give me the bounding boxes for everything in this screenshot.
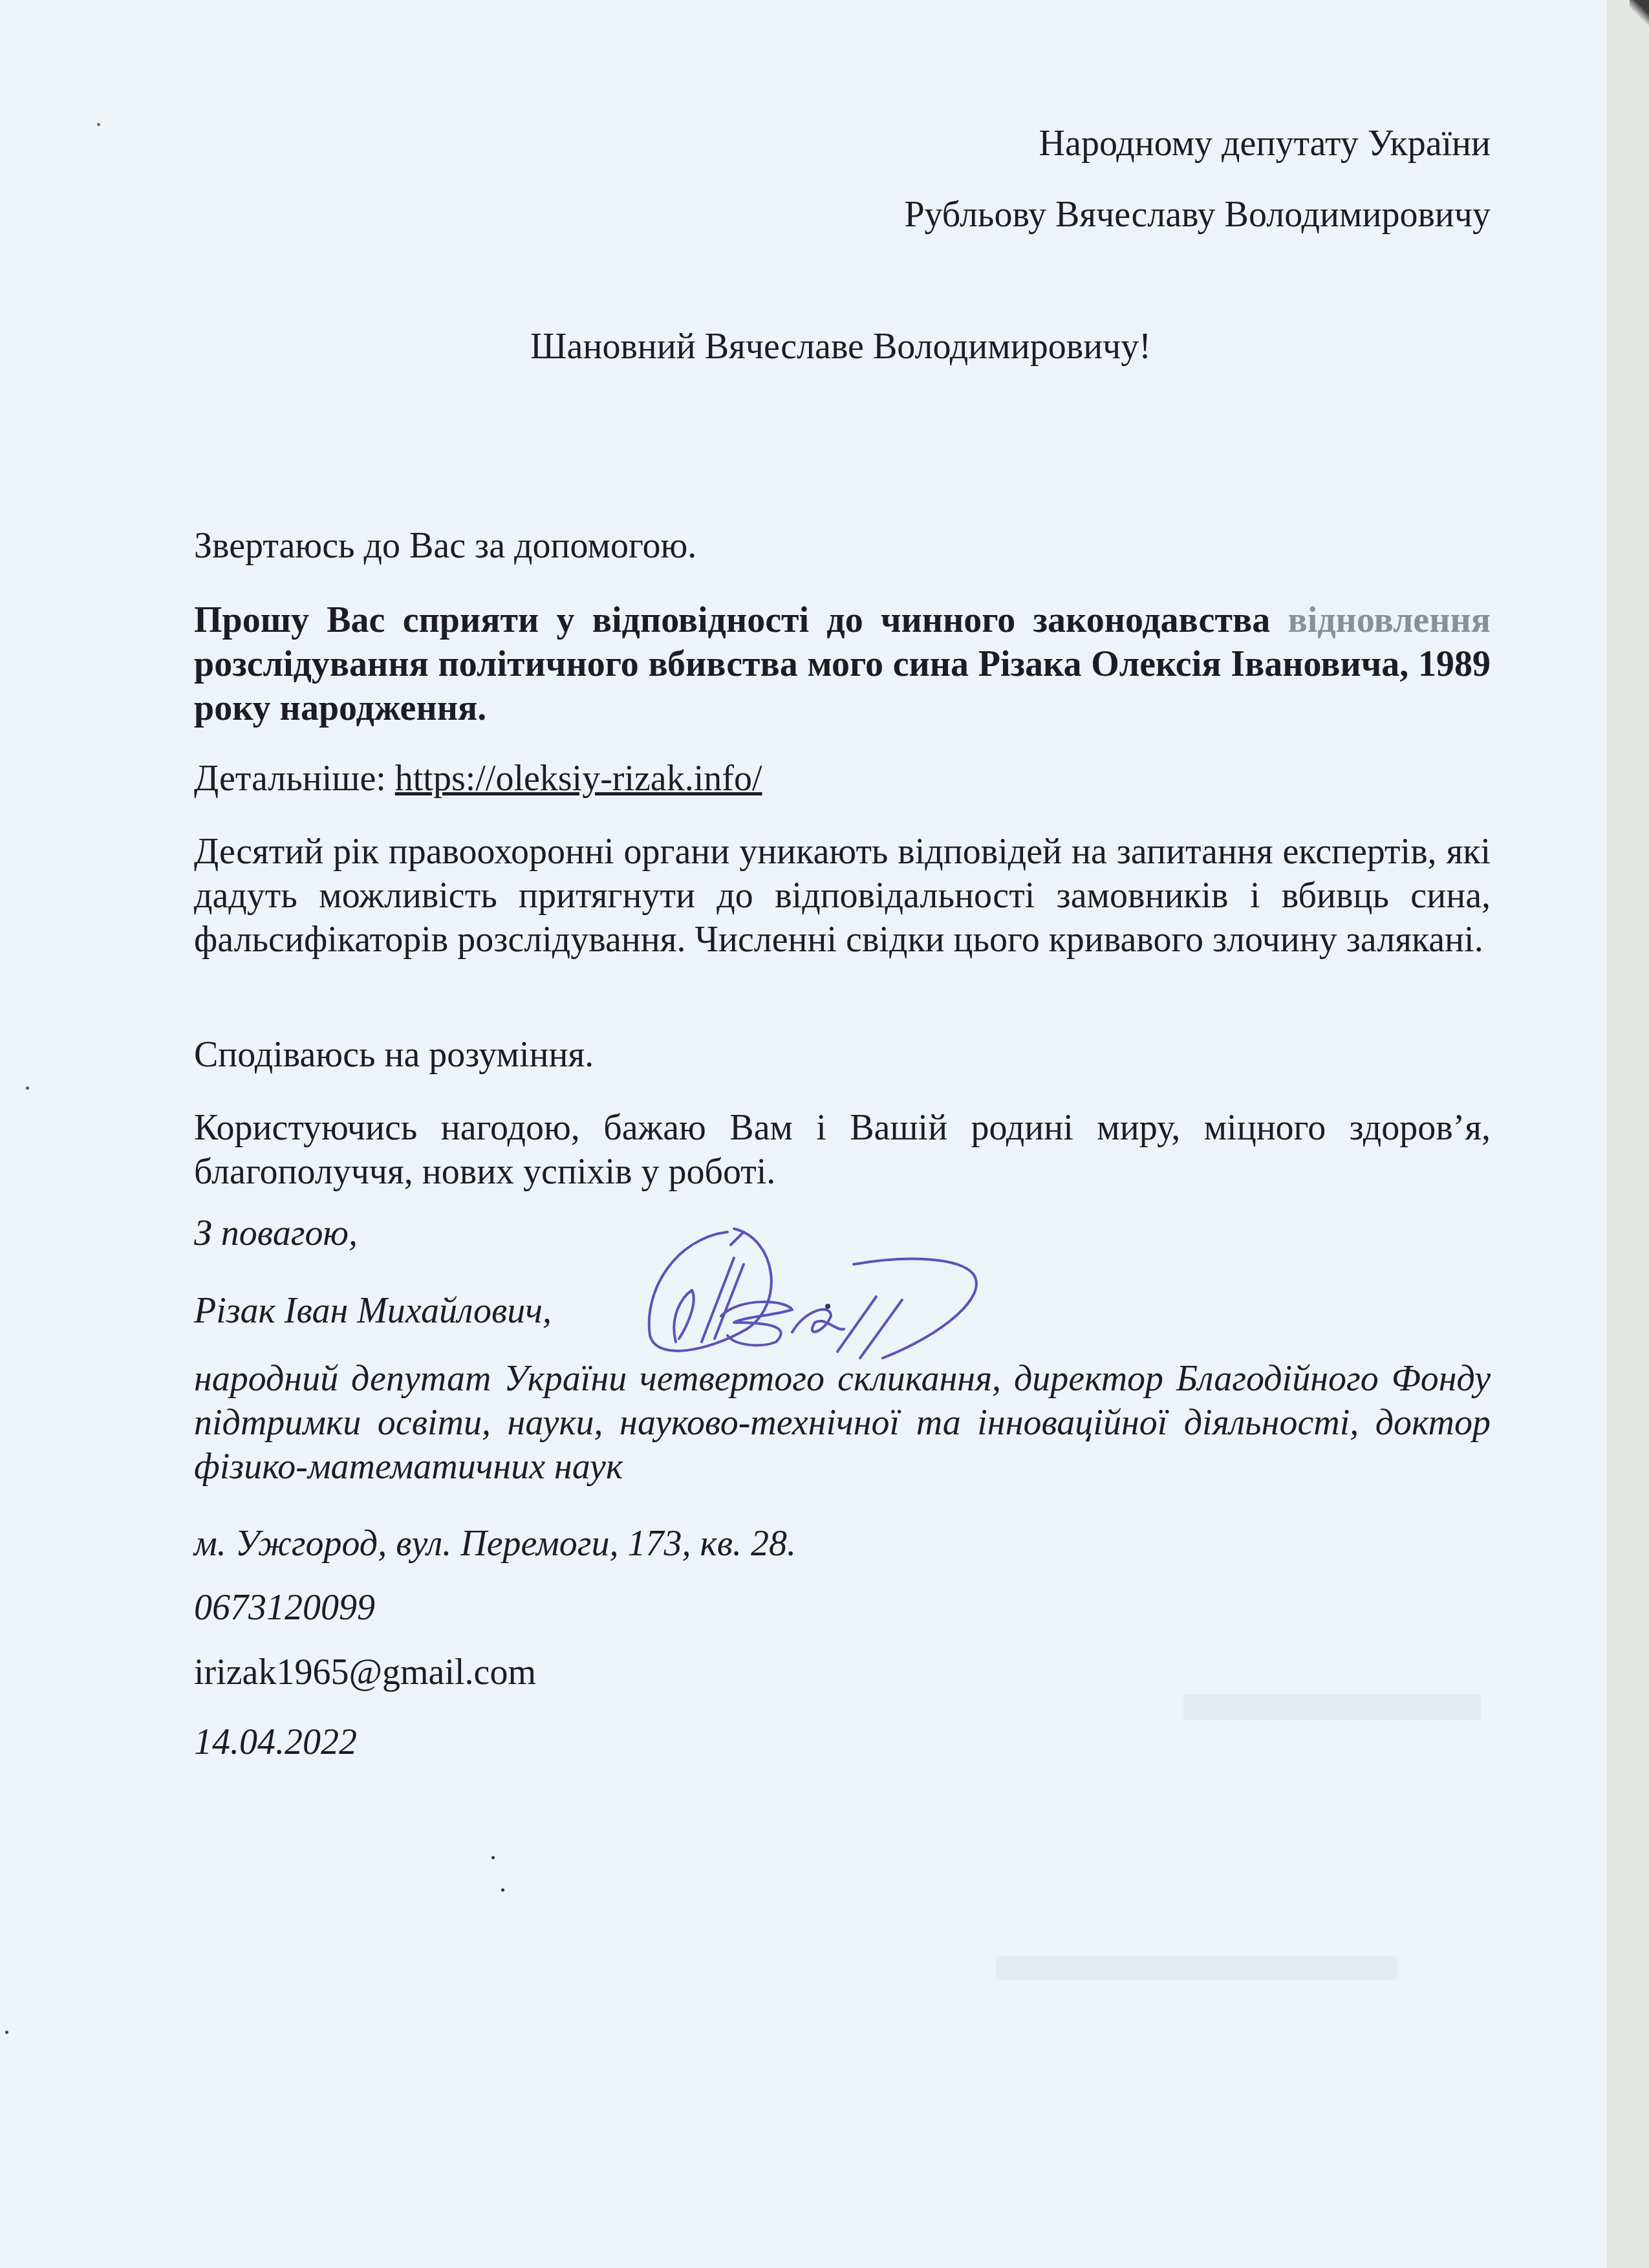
scan-speck <box>491 1856 495 1859</box>
request-text-faded: відновлення <box>1288 600 1491 640</box>
details-link[interactable]: https://oleksiy-rizak.info/ <box>395 759 762 799</box>
paragraph-hope: Сподіваюсь на розуміння. <box>194 1033 1491 1077</box>
request-text: Прошу Вас сприяти у відповідності до чин… <box>194 600 1270 640</box>
salutation: Шановний Вячеславе Володимировичу! <box>0 325 1649 369</box>
paragraph-investigation: Десятий рік правоохоронні органи уникают… <box>194 830 1491 962</box>
scan-edge-shadow <box>1630 0 1649 26</box>
paragraph-main-request: Прошу Вас сприяти у відповідності до чин… <box>194 598 1491 730</box>
request-text-rest: розслідування політичного вбивства мого … <box>194 644 1491 728</box>
recipient-line-2: Рубльову Вячеславу Володимировичу <box>904 193 1491 237</box>
signer-address: м. Ужгород, вул. Перемоги, 173, кв. 28. <box>194 1522 1491 1566</box>
bleed-through-smudge <box>1183 1694 1481 1720</box>
scan-speck <box>5 2031 8 2034</box>
paragraph-wishes: Користуючись нагодою, бажаю Вам і Вашій … <box>194 1106 1491 1194</box>
signer-title: народний депутат України четвертого скли… <box>194 1357 1491 1489</box>
letter-page: Народному депутату України Рубльову Вяче… <box>0 0 1607 2268</box>
letter-date: 14.04.2022 <box>194 1720 1491 1764</box>
signer-email: irizak1965@gmail.com <box>194 1650 1491 1694</box>
signature-image <box>637 1219 1064 1361</box>
details-label: Детальніше: <box>194 759 386 799</box>
scan-speck <box>26 1086 29 1090</box>
paragraph-details: Детальніше: https://oleksiy-rizak.info/ <box>194 757 1491 801</box>
scan-speck <box>501 1888 504 1892</box>
recipient-line-1: Народному депутату України <box>1039 122 1491 166</box>
paragraph-request-intro: Звертаюсь до Вас за допомогою. <box>194 524 1491 568</box>
scan-speck <box>97 123 100 126</box>
bleed-through-smudge <box>996 1956 1397 1980</box>
signer-phone: 0673120099 <box>194 1586 1491 1630</box>
